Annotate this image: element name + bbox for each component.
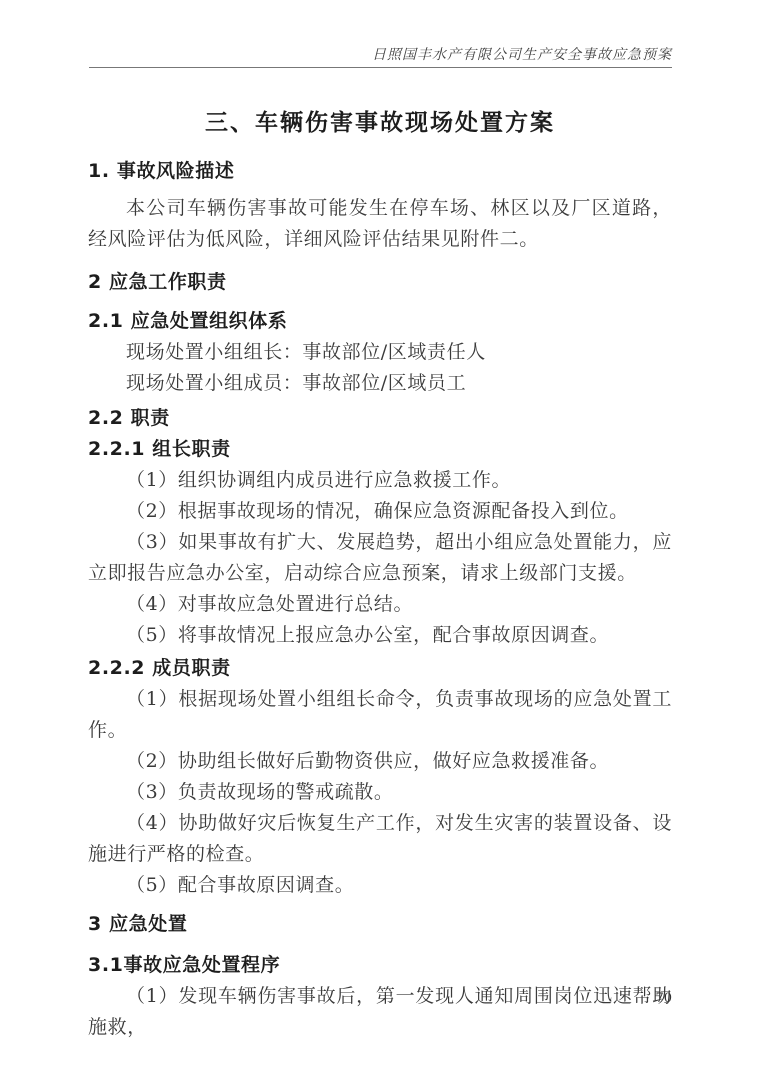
paragraph-risk-description: 本公司车辆伤害事故可能发生在停车场、林区以及厂区道路，经风险评估为低风险，详细风… [88, 193, 672, 255]
page-footer: 70 [655, 991, 672, 1006]
document-page: 日照国丰水产有限公司生产安全事故应急预案 三、车辆伤害事故现场处置方案 1. 事… [0, 0, 762, 1080]
section-heading-3: 3 应急处置 [88, 909, 672, 940]
section-heading-2: 2 应急工作职责 [88, 267, 672, 298]
section-heading-2-1: 2.1 应急处置组织体系 [88, 306, 672, 337]
section-heading-2-2: 2.2 职责 [88, 403, 672, 434]
leader-duty-item-1: （1）组织协调组内成员进行应急救援工作。 [88, 465, 672, 496]
section-heading-2-2-1: 2.2.1 组长职责 [88, 434, 672, 465]
section-heading-3-1: 3.1事故应急处置程序 [88, 950, 672, 981]
line-team-leader: 现场处置小组组长：事故部位/区域责任人 [88, 337, 672, 368]
line-team-members: 现场处置小组成员：事故部位/区域员工 [88, 368, 672, 399]
page-number: 70 [655, 991, 672, 1006]
procedure-item-1: （1）发现车辆伤害事故后，第一发现人通知周围岗位迅速帮助施救， [88, 981, 672, 1043]
leader-duty-item-3: （3）如果事故有扩大、发展趋势，超出小组应急处置能力，应立即报告应急办公室，启动… [88, 527, 672, 589]
header-title: 日照国丰水产有限公司生产安全事故应急预案 [372, 47, 672, 63]
leader-duty-item-2: （2）根据事故现场的情况，确保应急资源配备投入到位。 [88, 496, 672, 527]
member-duty-item-2: （2）协助组长做好后勤物资供应，做好应急救援准备。 [88, 746, 672, 777]
section-heading-2-2-2: 2.2.2 成员职责 [88, 653, 672, 684]
member-duty-item-4: （4）协助做好灾后恢复生产工作，对发生灾害的装置设备、设施进行严格的检查。 [88, 808, 672, 870]
leader-duty-item-5: （5）将事故情况上报应急办公室，配合事故原因调查。 [88, 620, 672, 651]
member-duty-item-1: （1）根据现场处置小组组长命令，负责事故现场的应急处置工作。 [88, 684, 672, 746]
document-title: 三、车辆伤害事故现场处置方案 [88, 108, 672, 138]
page-header: 日照国丰水产有限公司生产安全事故应急预案 [89, 46, 672, 68]
section-heading-1-risk: 1. 事故风险描述 [88, 156, 672, 187]
leader-duty-item-4: （4）对事故应急处置进行总结。 [88, 589, 672, 620]
member-duty-item-3: （3）负责故现场的警戒疏散。 [88, 777, 672, 808]
document-content: 三、车辆伤害事故现场处置方案 1. 事故风险描述 本公司车辆伤害事故可能发生在停… [88, 84, 672, 1043]
member-duty-item-5: （5）配合事故原因调查。 [88, 870, 672, 901]
